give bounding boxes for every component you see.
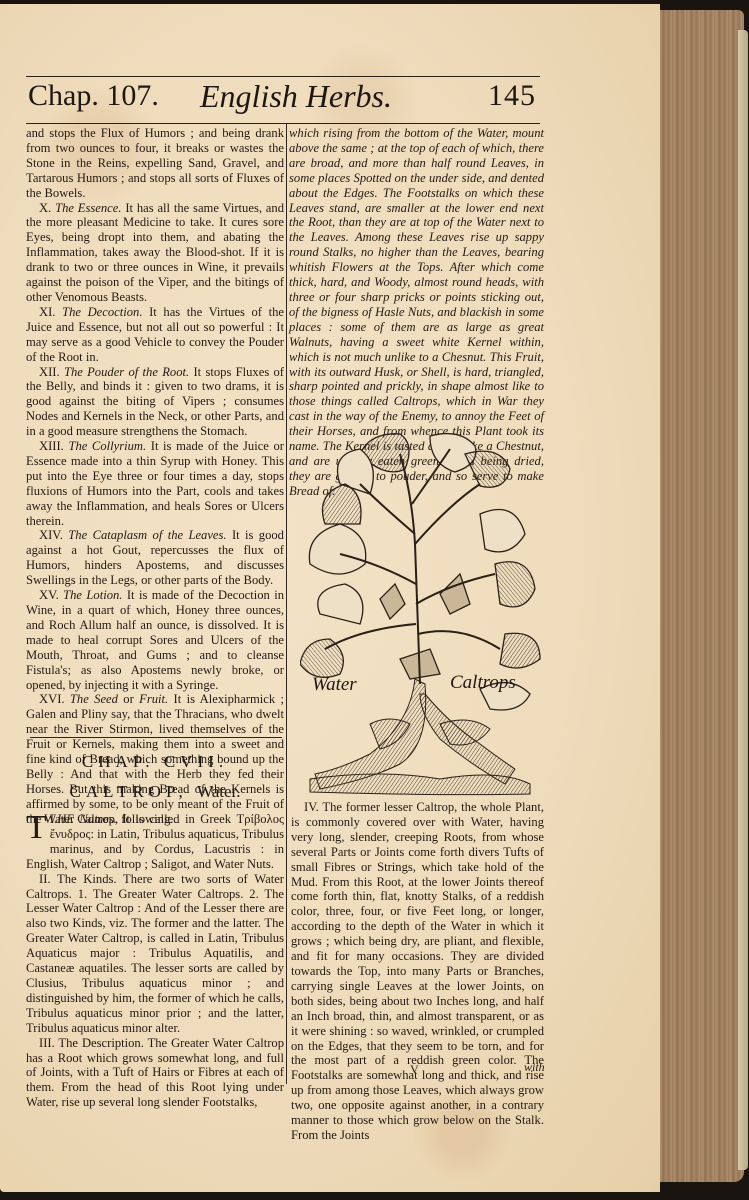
left-column: and stops the Flux of Humors ; and being… (26, 126, 284, 827)
book-fore-edge (658, 10, 744, 1182)
column-divider (286, 124, 287, 1084)
chapter-subject: CALTROP, Water. (26, 782, 284, 802)
running-head-title: English Herbs. (200, 78, 392, 115)
paragraph-xi: XI. The Decoction. It has the Virtues of… (26, 305, 284, 365)
section-rule (30, 737, 282, 738)
plate-label-caltrops: Caltrops (450, 672, 516, 694)
paragraph-xii: XII. The Pouder of the Root. It stops Fl… (26, 365, 284, 440)
paragraph-iii-description: III. The Description. The Greater Water … (26, 1036, 284, 1111)
right-column-lower: IV. The former lesser Caltrop, the whole… (291, 800, 544, 1143)
running-head-chapter: Chap. 107. (28, 79, 159, 113)
paragraph-ii-kinds: II. The Kinds. There are two sorts of Wa… (26, 872, 284, 1036)
drop-cap: T (26, 814, 47, 842)
water-caltrops-woodcut: Water Caltrops (300, 424, 545, 796)
signature-mark: V (410, 1062, 419, 1077)
paragraph-i-names: I.THE Names. It is called in Greek Τρίβο… (26, 812, 284, 872)
running-head: Chap. 107. English Herbs. 145 (26, 76, 540, 124)
page-number: 145 (488, 79, 536, 113)
paragraph-xiii: XIII. The Collyrium. It is made of the J… (26, 439, 284, 528)
plate-label-water: Water (312, 674, 357, 696)
chapter-subject-qualifier: Water. (197, 782, 240, 801)
paragraph-ix-continued: and stops the Flux of Humors ; and being… (26, 126, 284, 201)
catchword: with (524, 1060, 545, 1075)
paragraph-xiv: XIV. The Cataplasm of the Leaves. It is … (26, 528, 284, 588)
chapter-subject-name: CALTROP, (70, 782, 188, 801)
paragraph-iv: IV. The former lesser Caltrop, the whole… (291, 800, 544, 1143)
chapter-heading: CHAP. CVII. (26, 752, 284, 772)
paragraph-x-text: It has all the same Virtues, and the mor… (26, 201, 284, 304)
paragraph-x: X. The Essence. It has all the same Virt… (26, 201, 284, 305)
plant-illustration-icon (300, 424, 545, 796)
chapter-body: I.THE Names. It is called in Greek Τρίβο… (26, 812, 284, 1110)
paragraph-xv: XV. The Lotion. It is made of the Decoct… (26, 588, 284, 692)
